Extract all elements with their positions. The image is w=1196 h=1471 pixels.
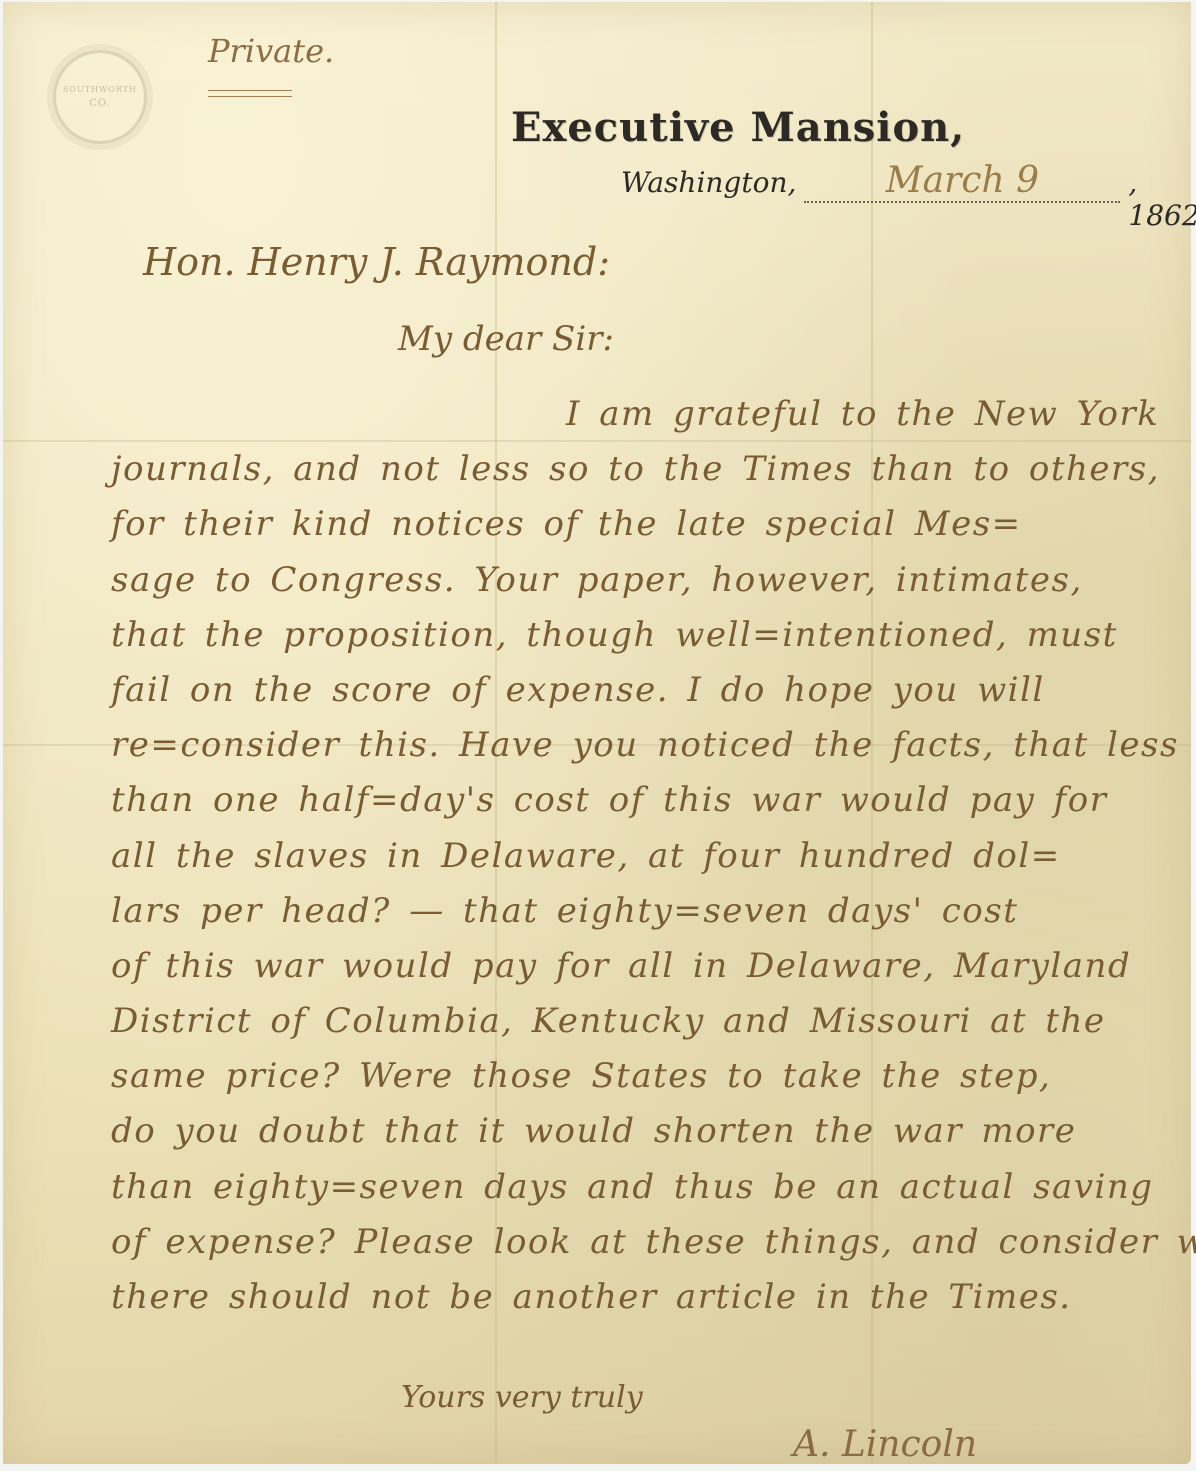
body-line: fail on the score of expense. I do hope …: [111, 663, 1111, 718]
seal-middle-text: CO.: [89, 98, 110, 109]
letter-page: SOUTHWORTH CO. Private. Executive Mansio…: [3, 2, 1191, 1464]
dateline-handwritten-date: March 9: [804, 160, 1120, 203]
body-line: for their kind notices of the late speci…: [111, 497, 1111, 552]
body-line: sage to Congress. Your paper, however, i…: [111, 553, 1111, 608]
signature: A. Lincoln: [793, 1424, 977, 1465]
letter-body: I am grateful to the New York journals, …: [111, 387, 1111, 1325]
closing: Yours very truly: [401, 1380, 643, 1415]
body-line: of expense? Please look at these things,…: [111, 1215, 1111, 1270]
greeting: My dear Sir:: [398, 319, 614, 359]
letterhead-title: Executive Mansion,: [511, 104, 965, 151]
private-marking: Private.: [208, 32, 334, 70]
body-line: District of Columbia, Kentucky and Misso…: [111, 994, 1111, 1049]
body-line: that the proposition, though well=intent…: [111, 608, 1111, 663]
body-line: re=consider this. Have you noticed the f…: [111, 718, 1111, 773]
body-line: lars per head? — that eighty=seven days'…: [111, 884, 1111, 939]
body-line: all the slaves in Delaware, at four hund…: [111, 829, 1111, 884]
seal-top-text: SOUTHWORTH: [63, 85, 137, 94]
private-double-underline: [208, 90, 292, 97]
body-line: than one half=day's cost of this war wou…: [111, 773, 1111, 828]
embossed-stationer-seal-icon: SOUTHWORTH CO.: [53, 50, 147, 144]
dateline-city: Washington,: [621, 166, 796, 199]
body-line: do you doubt that it would shorten the w…: [111, 1104, 1111, 1159]
dateline-year: , 1862.: [1128, 166, 1196, 232]
body-line: than eighty=seven days and thus be an ac…: [111, 1160, 1111, 1215]
body-line: I am grateful to the New York: [111, 387, 1111, 442]
body-line: of this war would pay for all in Delawar…: [111, 939, 1111, 994]
body-line: there should not be another article in t…: [111, 1270, 1111, 1325]
addressee: Hon. Henry J. Raymond:: [143, 240, 610, 284]
body-line: same price? Were those States to take th…: [111, 1049, 1111, 1104]
body-line: journals, and not less so to the Times t…: [111, 442, 1111, 497]
dateline: Washington, March 9 , 1862.: [621, 160, 1196, 232]
